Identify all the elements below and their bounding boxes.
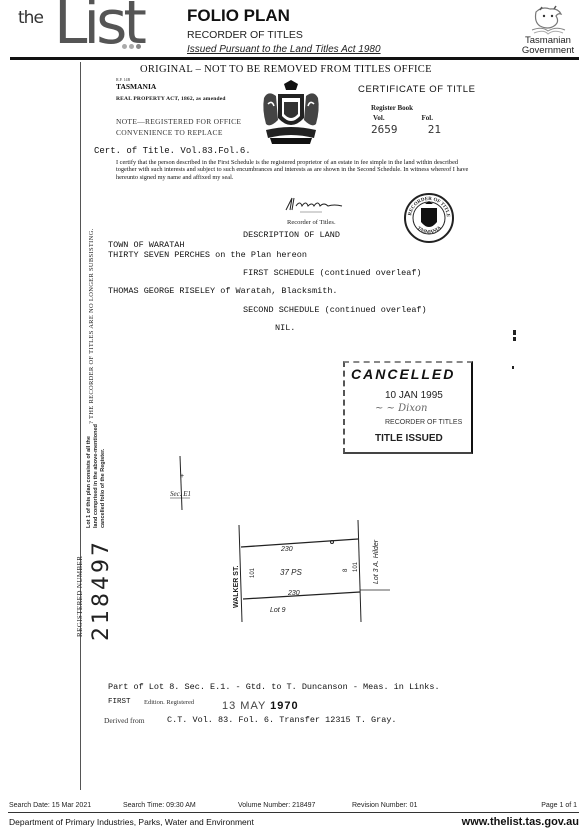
department-name: Department of Primary Industries, Parks,…: [9, 817, 254, 827]
vol-label: Vol.: [373, 114, 385, 122]
document-act: Issued Pursuant to the Land Titles Act 1…: [187, 44, 381, 55]
derived-from-label: Derived from: [104, 716, 145, 725]
reg-date-day-month: 13 MAY: [222, 700, 270, 712]
lot-note-line2: land comprised in the above-mentioned: [93, 424, 100, 528]
coat-of-arms-icon: [260, 80, 322, 146]
lot-note-line1: Lot 1 of this plan consists of all the: [86, 424, 93, 528]
footer-divider: [8, 812, 579, 813]
stamp-recorder: RECORDER OF TITLES: [385, 419, 462, 426]
ink-mark: [513, 337, 516, 341]
cancelled-stamp: CANCELLED 10 JAN 1995 ~ ~ Dixon RECORDER…: [343, 361, 473, 454]
reg-date-year: 1970: [270, 700, 298, 712]
search-date: Search Date: 15 Mar 2021: [9, 802, 91, 809]
thelist-logo: the List: [14, 2, 154, 56]
edition-registered-label: Edition. Registered: [144, 699, 194, 706]
volume-number: Volume Number: 218497: [238, 802, 315, 809]
note-line2: CONVENIENCE TO REPLACE: [116, 128, 223, 137]
svg-text:230: 230: [280, 546, 293, 553]
page-indicator: Page 1 of 1: [541, 802, 577, 809]
fol-value: 21: [428, 123, 441, 136]
register-book-label: Register Book: [371, 104, 413, 112]
vol-fol-labels: Vol. Fol.: [373, 114, 433, 122]
certification-text: I certify that the person described in t…: [116, 159, 476, 181]
stamp-date: 10 JAN 1995: [385, 390, 443, 401]
revision-number: Revision Number: 01: [352, 802, 417, 809]
document-title: FOLIO PLAN: [187, 6, 290, 26]
recorder-label: Recorder of Titles.: [287, 219, 336, 226]
svg-text:Sec. E1: Sec. E1: [170, 490, 191, 498]
header-divider: [10, 57, 579, 60]
note-line1: NOTE—REGISTERED FOR OFFICE: [116, 117, 241, 126]
svg-text:8: 8: [343, 568, 349, 572]
tasmanian-government-logo: Tasmanian Government: [517, 4, 579, 56]
document-left-border: [80, 62, 81, 790]
svg-text:230: 230: [287, 590, 300, 597]
svg-text:Lot 9: Lot 9: [270, 607, 286, 614]
registered-number: 218497: [89, 539, 114, 641]
vol-fol-values: 2659 21: [371, 123, 441, 136]
registered-number-label: REGISTERED NUMBER: [76, 556, 84, 637]
first-schedule-heading: FIRST SCHEDULE (continued overleaf): [243, 268, 422, 278]
second-schedule-heading: SECOND SCHEDULE (continued overleaf): [243, 305, 427, 315]
stamp-cancelled: CANCELLED: [351, 366, 455, 382]
cert-of-title-ref: Cert. of Title. Vol.83.Fol.6.: [94, 146, 251, 156]
land-area: THIRTY SEVEN PERCHES on the Plan hereon: [108, 250, 307, 260]
folio-plan-drawing: + Sec. E1 230 230 37 PS 101 101 8 WALKER…: [150, 450, 410, 630]
ink-mark: [512, 366, 514, 369]
proprietor: THOMAS GEORGE RISELEY of Waratah, Blacks…: [108, 286, 338, 296]
logo-dots: [122, 44, 141, 49]
lot-note-line3: cancelled folio of the Register.: [100, 424, 107, 528]
svg-text:37 PS: 37 PS: [280, 568, 302, 577]
ink-mark: [513, 330, 516, 335]
stamp-signature: ~ ~ Dixon: [375, 403, 427, 414]
svg-text:101: 101: [353, 561, 359, 572]
recorder-seal-icon: RECORDER OF TITLES TASMANIA: [403, 192, 455, 244]
margin-lot-note: Lot 1 of this plan consists of all the l…: [86, 424, 107, 528]
original-banner: ORIGINAL – NOT TO BE REMOVED FROM TITLES…: [140, 64, 432, 75]
tasmanian-devil-icon: [528, 4, 568, 36]
registration-date: 13 MAY 1970: [222, 700, 299, 712]
part-of-lot: Part of Lot 8. Sec. E.1. - Gtd. to T. Du…: [108, 682, 440, 692]
second-schedule-value: NIL.: [275, 323, 295, 333]
town-name: TOWN OF WARATAH: [108, 240, 185, 250]
margin-no-longer-subsisting: ? THE RECORDER OF TITLES ARE NO LONGER S…: [88, 228, 95, 424]
act-label: REAL PROPERTY ACT, 1862, as amended: [116, 96, 226, 102]
fol-label: Fol.: [422, 114, 433, 122]
certificate-heading: CERTIFICATE OF TITLE: [358, 84, 476, 95]
svg-text:TASMANIA: TASMANIA: [416, 226, 443, 236]
document-subtitle: RECORDER OF TITLES: [187, 29, 303, 41]
derived-from: C.T. Vol. 83. Fol. 6. Transfer 12315 T. …: [167, 715, 397, 725]
svg-text:Lot 3 A. Hilder: Lot 3 A. Hilder: [373, 539, 380, 584]
state-label: TASMANIA: [116, 82, 156, 91]
svg-text:101: 101: [250, 567, 256, 578]
svg-text:+: +: [180, 473, 184, 480]
description-heading: DESCRIPTION OF LAND: [243, 230, 340, 240]
logo-the: the: [18, 8, 43, 28]
svg-text:WALKER ST.: WALKER ST.: [233, 566, 240, 608]
vol-value: 2659: [371, 123, 398, 136]
stamp-issued: TITLE ISSUED: [375, 433, 443, 444]
gov-line2: Government: [517, 46, 579, 56]
recorder-signature: [282, 196, 352, 214]
website-link[interactable]: www.thelist.tas.gov.au: [462, 816, 579, 828]
search-time: Search Time: 09:30 AM: [123, 802, 196, 809]
edition: FIRST: [108, 698, 131, 706]
